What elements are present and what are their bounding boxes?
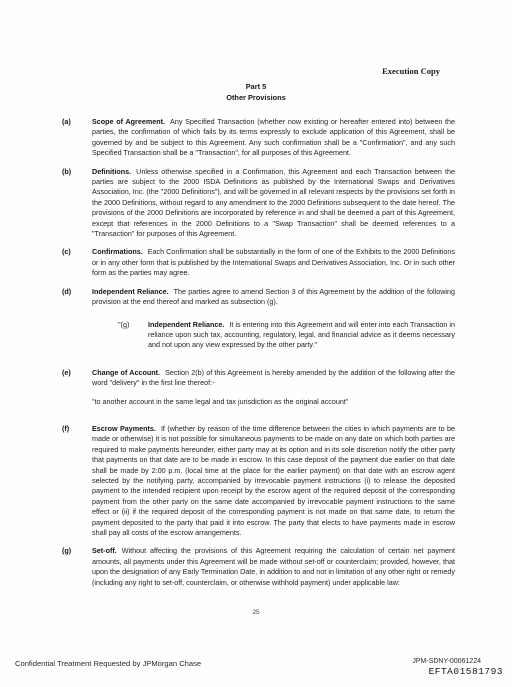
section-text: Set-off.Without affecting the provisions… xyxy=(92,546,455,588)
section-heading: Independent Reliance. xyxy=(92,287,169,296)
bates-numbers: JPM-SDNY-00061224 EFTA01581793 xyxy=(412,657,503,677)
title-part-number: Part 5 xyxy=(0,81,512,92)
section-g: (g) Set-off.Without affecting the provis… xyxy=(62,546,455,588)
document-body: (a) Scope of Agreement.Any Specified Tra… xyxy=(62,117,455,596)
section-text: Change of Account.Section 2(b) of this A… xyxy=(92,368,455,416)
page-number: 25 xyxy=(0,609,512,616)
section-label: (g) xyxy=(62,546,92,588)
bates-number-efta: EFTA01581793 xyxy=(412,666,503,677)
amendment-quote-line: "to another account in the same legal an… xyxy=(92,397,455,407)
document-title: Part 5 Other Provisions xyxy=(0,81,512,103)
section-body: Without affecting the provisions of this… xyxy=(92,546,455,586)
section-label: (d) xyxy=(62,287,92,360)
section-e: (e) Change of Account.Section 2(b) of th… xyxy=(62,368,455,416)
section-label: (b) xyxy=(62,167,92,240)
section-label: (c) xyxy=(62,247,92,278)
section-heading: Confirmations. xyxy=(92,247,143,256)
section-e-intro: Change of Account.Section 2(b) of this A… xyxy=(92,368,455,389)
section-b: (b) Definitions.Unless otherwise specifi… xyxy=(62,167,455,240)
section-d-intro: Independent Reliance.The parties agree t… xyxy=(92,287,455,308)
title-part-name: Other Provisions xyxy=(0,92,512,103)
section-text: Independent Reliance.The parties agree t… xyxy=(92,287,455,360)
section-d: (d) Independent Reliance.The parties agr… xyxy=(62,287,455,360)
section-heading: Set-off. xyxy=(92,546,117,555)
section-text: Escrow Payments.If (whether by reason of… xyxy=(92,424,455,538)
section-heading: Definitions. xyxy=(92,167,131,176)
section-heading: Change of Account. xyxy=(92,368,160,377)
section-heading: Scope of Agreement. xyxy=(92,117,165,126)
execution-copy-label: Execution Copy xyxy=(382,66,440,76)
section-label: (e) xyxy=(62,368,92,416)
section-text: Definitions.Unless otherwise specified i… xyxy=(92,167,455,240)
section-label: (f) xyxy=(62,424,92,538)
section-heading: Escrow Payments. xyxy=(92,424,156,433)
subsection-text: Independent Reliance.It is entering into… xyxy=(148,320,455,351)
confidential-treatment-notice: Confidential Treatment Requested by JPMo… xyxy=(15,659,201,668)
section-body: If (whether by reason of the time differ… xyxy=(92,424,455,537)
section-a: (a) Scope of Agreement.Any Specified Tra… xyxy=(62,117,455,159)
section-label: (a) xyxy=(62,117,92,159)
section-text: Confirmations.Each Confirmation shall be… xyxy=(92,247,455,278)
document-page: Execution Copy Part 5 Other Provisions (… xyxy=(0,0,512,687)
subsection-label: "(g) xyxy=(118,320,148,351)
bates-number-jpm: JPM-SDNY-00061224 xyxy=(412,657,481,666)
section-c: (c) Confirmations.Each Confirmation shal… xyxy=(62,247,455,278)
section-text: Scope of Agreement.Any Specified Transac… xyxy=(92,117,455,159)
section-body: Unless otherwise specified in a Confirma… xyxy=(92,167,455,238)
subsection-heading: Independent Reliance. xyxy=(148,320,224,329)
section-f: (f) Escrow Payments.If (whether by reaso… xyxy=(62,424,455,538)
subsection-g-independent-reliance: "(g) Independent Reliance.It is entering… xyxy=(118,320,455,351)
section-body: Each Confirmation shall be substantially… xyxy=(92,247,455,277)
